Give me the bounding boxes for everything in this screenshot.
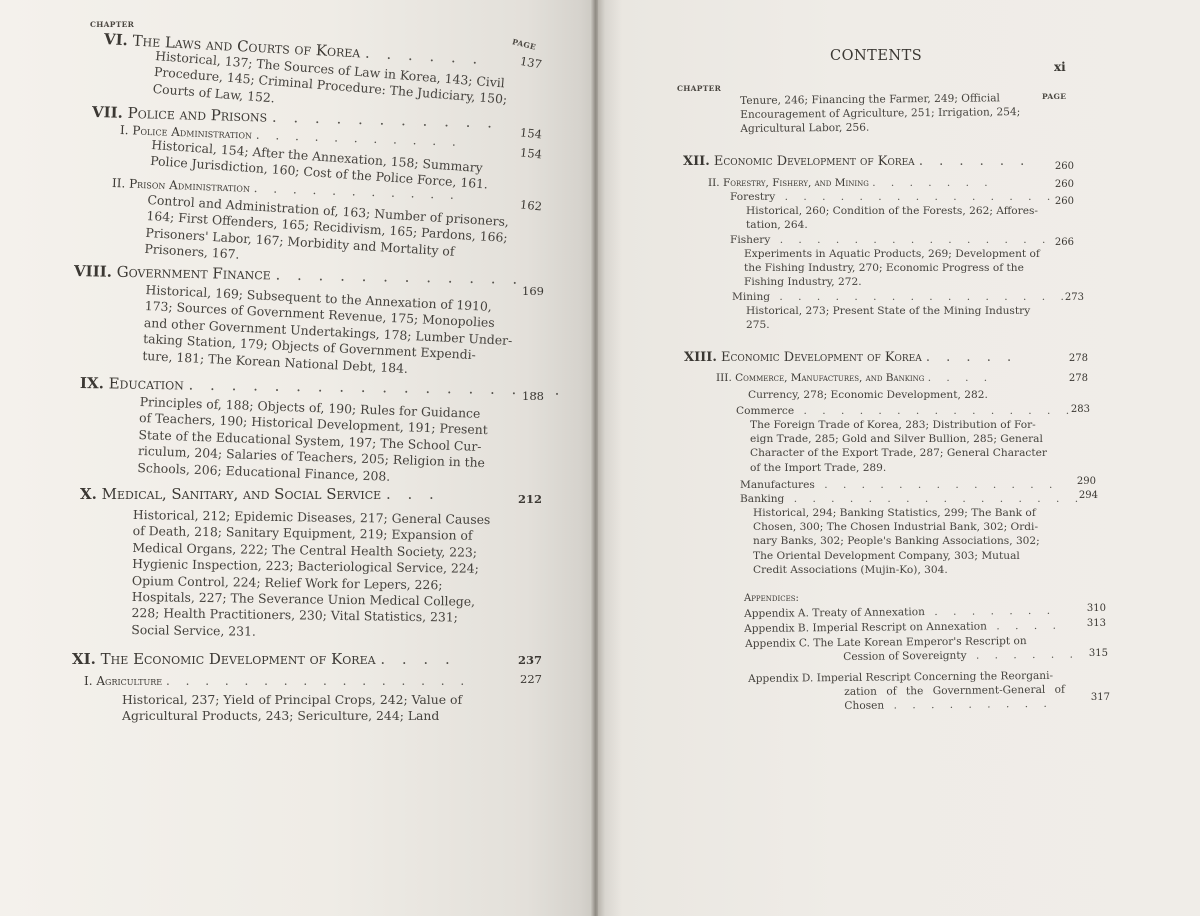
left-page: CHAPTER PAGE VI. The Laws and Courts of … (0, 0, 598, 916)
right-page: CONTENTS xi CHAPTER PAGE Tenure, 246; Fi… (598, 0, 1200, 916)
page-number: 154 (511, 124, 542, 141)
page-number: 260 (1044, 196, 1074, 207)
topic-banking: Banking . . . . . . . . . . . . . . . . (740, 492, 1084, 506)
topic-manufactures: Manufactures . . . . . . . . . . . . . (740, 478, 1058, 492)
chapter-column-label: CHAPTER (90, 20, 134, 29)
topic-commerce: Commerce . . . . . . . . . . . . . . . (736, 404, 1075, 418)
page-number: 137 (511, 53, 543, 72)
page-number: 227 (512, 672, 542, 686)
chapter-detail: Historical, 169; Subsequent to the Annex… (142, 282, 514, 382)
chapter-detail: Principles of, 188; Objects of, 190; Rul… (137, 394, 488, 488)
section-heading: I. Agriculture . . . . . . . . . . . . .… (84, 674, 470, 688)
page-number: 154 (511, 144, 542, 161)
chapter-heading: XII. Economic Development of Korea . . .… (683, 154, 1030, 169)
page-number: 212 (512, 492, 542, 506)
page-column-label: PAGE (1042, 92, 1066, 101)
page-number: 283 (1060, 404, 1090, 415)
section-detail: Historical, 237; Yield of Principal Crop… (122, 692, 462, 725)
page-number: 310 (1076, 603, 1106, 614)
section-heading: III. Commerce, Manufactures, and Banking… (716, 372, 993, 384)
running-head: CONTENTS (830, 48, 922, 64)
page-number: 278 (1058, 373, 1088, 384)
page-number: 273 (1054, 292, 1084, 303)
page-number: 162 (511, 196, 542, 213)
page-number: 315 (1078, 648, 1108, 659)
chapter-heading: XIII. Economic Development of Korea . . … (684, 350, 1017, 365)
topic-detail: The Foreign Trade of Korea, 283; Distrib… (750, 418, 1047, 475)
appendix-d: Appendix D. Imperial Rescript Concerning… (748, 669, 1065, 715)
chapter-detail: Historical, 212; Epidemic Diseases, 217;… (131, 507, 490, 643)
page-number: 266 (1044, 237, 1074, 248)
appendices-label: Appendices: (744, 593, 799, 604)
page-number: 169 (514, 284, 544, 298)
page-number: 260 (1044, 179, 1074, 190)
page-number: 290 (1066, 476, 1096, 487)
chapter-heading: X. Medical, Sanitary, and Social Service… (80, 485, 440, 503)
page-column-label: PAGE (511, 37, 537, 52)
page-number: 278 (1058, 353, 1088, 364)
page-number: 237 (512, 653, 542, 667)
page-number: 260 (1044, 161, 1074, 172)
continued-detail: Tenure, 246; Financing the Farmer, 249; … (740, 91, 1020, 137)
chapter-column-label: CHAPTER (677, 84, 721, 93)
page-number: 313 (1076, 618, 1106, 629)
folio: xi (1054, 60, 1066, 74)
topic-forestry: Forestry . . . . . . . . . . . . . . . (730, 190, 1056, 204)
topic-detail: Historical, 260; Condition of the Forest… (746, 204, 1038, 232)
appendix-c: Appendix C. The Late Korean Emperor's Re… (745, 634, 1079, 666)
page-number: 317 (1080, 692, 1110, 703)
topic-fishery: Fishery . . . . . . . . . . . . . . . (730, 233, 1051, 247)
left-page-contents: CHAPTER PAGE VI. The Laws and Courts of … (0, 0, 598, 916)
page-number: 294 (1068, 490, 1098, 501)
topic-detail: Historical, 273; Present State of the Mi… (746, 304, 1030, 332)
topic-detail: Historical, 294; Banking Statistics, 299… (753, 506, 1040, 577)
page-number: 188 (514, 389, 544, 403)
section-intro: Currency, 278; Economic Development, 282… (748, 388, 988, 402)
section-heading: II. Forestry, Fishery, and Mining . . . … (708, 177, 994, 189)
chapter-heading: XI. The Economic Development of Korea . … (72, 650, 456, 668)
topic-mining: Mining . . . . . . . . . . . . . . . . (732, 290, 1070, 304)
topic-detail: Experiments in Aquatic Products, 269; De… (744, 247, 1040, 290)
